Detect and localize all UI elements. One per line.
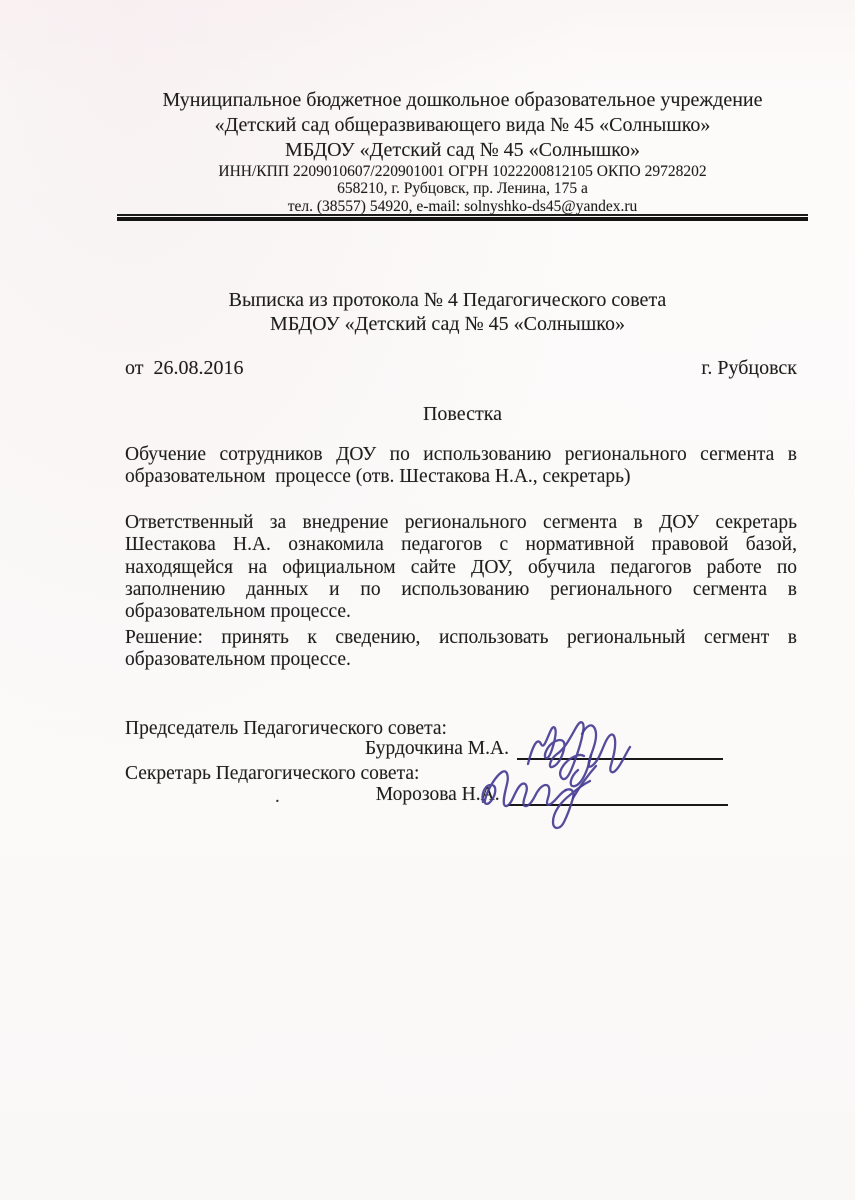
secretary-label: Секретарь Педагогического совета: — [125, 763, 419, 785]
body-line: находящейся на официальном сайте ДОУ, об… — [125, 557, 797, 579]
date-label: от 26.08.2016 — [125, 357, 243, 380]
body-line: образовательном процессе. — [125, 601, 797, 623]
chair-signature-line — [517, 740, 723, 760]
scanned-document-page: Муниципальное бюджетное дошкольное образ… — [0, 0, 855, 1200]
org-name-line-3: МБДОУ «Детский сад № 45 «Солнышко» — [117, 138, 808, 163]
body-line: Ответственный за внедрение регионального… — [125, 512, 797, 534]
secretary-signature-row: . Морозова Н.А. — [125, 786, 797, 806]
body-line: образовательном процессе. — [125, 649, 797, 671]
decision-paragraph: Решение: принять к сведению, использоват… — [125, 627, 797, 672]
stray-dot-mark: . — [275, 788, 280, 806]
agenda-heading: Повестка — [117, 403, 808, 426]
org-name-line-1: Муниципальное бюджетное дошкольное образ… — [117, 88, 808, 113]
body-line: Обучение сотрудников ДОУ по использовани… — [125, 444, 797, 466]
letterhead: Муниципальное бюджетное дошкольное образ… — [117, 88, 808, 215]
body-line: заполнению данных и по использованию рег… — [125, 579, 797, 601]
document-body: Обучение сотрудников ДОУ по использовани… — [125, 444, 797, 672]
org-contacts-line: тел. (38557) 54920, e-mail: solnyshko-ds… — [117, 198, 808, 215]
chair-label: Председатель Педагогического совета: — [125, 718, 447, 740]
org-address-line: 658210, г. Рубцовск, пр. Ленина, 175 а — [117, 180, 808, 197]
secretary-name: Морозова Н.А. — [376, 784, 500, 806]
org-name-line-2: «Детский сад общеразвивающего вида № 45 … — [117, 113, 808, 138]
letterhead-separator-rule — [117, 214, 808, 221]
report-paragraph: Ответственный за внедрение регионального… — [125, 512, 797, 624]
body-line: образовательном процессе (отв. Шестакова… — [125, 466, 797, 488]
chair-signature-row: Бурдочкина М.А. — [125, 740, 797, 760]
chair-name: Бурдочкина М.А. — [365, 738, 509, 760]
agenda-paragraph: Обучение сотрудников ДОУ по использовани… — [125, 444, 797, 489]
document-title-line-1: Выписка из протокола № 4 Педагогического… — [102, 288, 793, 312]
document-title-line-2: МБДОУ «Детский сад № 45 «Солнышко» — [102, 312, 793, 336]
org-inn-ogrn-line: ИНН/КПП 2209010607/220901001 ОГРН 102220… — [117, 163, 808, 180]
date-city-row: от 26.08.2016 г. Рубцовск — [125, 357, 797, 380]
city-label: г. Рубцовск — [701, 357, 797, 380]
document-title-block: Выписка из протокола № 4 Педагогического… — [102, 288, 793, 336]
secretary-signature-line — [508, 786, 728, 806]
body-line: Решение: принять к сведению, использоват… — [125, 627, 797, 649]
body-line: Шестакова Н.А. ознакомила педагогов с но… — [125, 534, 797, 556]
